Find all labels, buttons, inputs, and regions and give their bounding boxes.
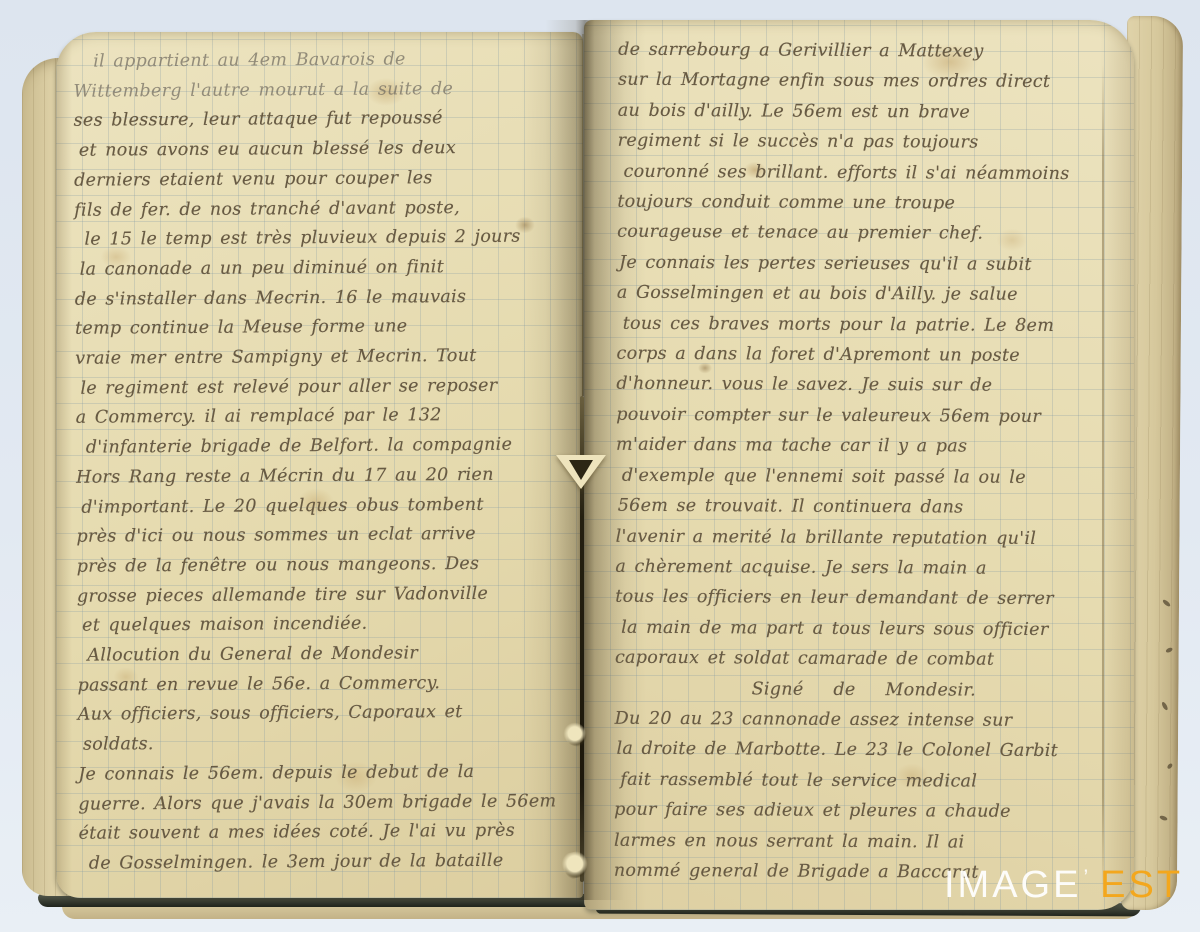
handwriting-line: la droite de Marbotte. Le 23 le Colonel …: [614, 734, 1112, 767]
handwriting-line: la canonade a un peu diminué on finit: [75, 252, 569, 285]
handwriting-line: Du 20 au 23 cannonade assez intense sur: [615, 704, 1113, 737]
watermark-est-text: EST: [1100, 864, 1183, 906]
ink-mark: [1159, 815, 1168, 822]
handwriting-line: il appartient au 4em Bavarois de: [73, 44, 567, 77]
handwriting-line: soldats.: [78, 727, 572, 760]
handwriting-line: le regiment est relevé pour aller se rep…: [75, 371, 569, 404]
handwriting-line: courageuse et tenace au premier chef.: [617, 217, 1115, 250]
handwriting-line: a Commercy. il ai remplacé par le 132: [76, 401, 570, 434]
fold-line-upper: [582, 34, 584, 396]
handwriting-line: était souvent a mes idées coté. Je l'ai …: [78, 817, 572, 850]
handwriting-line: le 15 le temp est très pluvieux depuis 2…: [74, 223, 568, 256]
imagest-watermark: IMAGE’EST: [944, 864, 1183, 907]
handwriting-line: pour faire ses adieux et pleures a chaud…: [614, 795, 1112, 828]
handwriting-line: près de la fenêtre ou nous mangeons. Des: [77, 549, 571, 582]
ink-mark: [1166, 763, 1173, 770]
handwriting-line: la main de ma part a tous leurs sous off…: [615, 612, 1113, 645]
ink-mark: [1161, 701, 1169, 711]
handwriting-line: Wittemberg l'autre mourut a la suite de: [73, 74, 567, 107]
handwriting-line: d'infanterie brigade de Belfort. la comp…: [76, 430, 570, 463]
handwriting-line: pouvoir compter sur le valeureux 56em po…: [616, 400, 1114, 433]
handwriting-line: vraie mer entre Sampigny et Mecrin. Tout: [75, 341, 569, 374]
handwriting-line: tous ces braves morts pour la patrie. Le…: [617, 308, 1115, 341]
handwriting-line: Allocution du General de Mondesir: [77, 638, 571, 671]
handwriting-line: d'important. Le 20 quelques obus tombent: [76, 490, 570, 523]
handwriting-line: passant en revue le 56e. a Commercy.: [77, 668, 571, 701]
left-page-handwriting: il appartient au 4em Bavarois deWittembe…: [73, 44, 573, 879]
handwriting-line: a Gosselmingen et au bois d'Ailly. je sa…: [617, 278, 1115, 311]
handwriting-line: regiment si le succès n'a pas toujours: [618, 126, 1116, 159]
handwriting-line: ses blessure, leur attaque fut repoussé: [74, 104, 568, 137]
handwriting-line: 56em se trouvait. Il continuera dans: [616, 491, 1114, 524]
ink-mark: [1162, 599, 1171, 608]
handwriting-line: de s'installer dans Mecrin. 16 le mauvai…: [75, 282, 569, 315]
handwriting-line: de Gosselmingen. le 3em jour de la batai…: [79, 846, 573, 879]
handwriting-line: l'avenir a merité la brillante reputatio…: [616, 521, 1114, 554]
handwriting-line: Hors Rang reste a Mécrin du 17 au 20 rie…: [76, 460, 570, 493]
handwriting-line: a chèrement acquise. Je sers la main a: [615, 552, 1113, 585]
ink-mark: [1165, 647, 1173, 654]
handwriting-line: couronné ses brillant. efforts il s'ai n…: [617, 156, 1115, 189]
handwriting-line: près d'ici ou nous sommes un eclat arriv…: [76, 520, 570, 553]
handwriting-line: fils de fer. de nos tranché d'avant post…: [74, 193, 568, 226]
right-page-handwriting: de sarrebourg a Gerivillier a Mattexeysu…: [614, 35, 1116, 889]
handwriting-line: temp continue la Meuse forme une: [75, 312, 569, 345]
watermark-image-text: IMAGE: [944, 864, 1081, 906]
handwriting-line: de sarrebourg a Gerivillier a Mattexey: [618, 35, 1116, 68]
stitch-notch-shadow: [569, 460, 593, 480]
handwriting-line: grosse pieces allemande tire sur Vadonvi…: [77, 579, 571, 612]
handwriting-line: Je connais le 56em. depuis le debut de l…: [78, 757, 572, 790]
handwriting-line: sur la Mortagne enfin sous mes ordres di…: [618, 65, 1116, 98]
handwriting-line: derniers etaient venu pour couper les: [74, 163, 568, 196]
handwriting-line: caporaux et soldat camarade de combat: [615, 643, 1113, 676]
handwriting-line: et nous avons eu aucun blessé les deux: [74, 133, 568, 166]
handwriting-line: corps a dans la foret d'Apremont un post…: [616, 339, 1114, 372]
handwriting-line: et quelques maison incendiée.: [77, 609, 571, 642]
handwriting-line: larmes en nous serrant la main. Il ai: [614, 825, 1112, 858]
handwriting-line: au bois d'ailly. Le 56em est un brave: [618, 96, 1116, 129]
handwriting-line: m'aider dans ma tache car il y a pas: [616, 430, 1114, 463]
handwriting-line: Signé de Mondesir.: [615, 673, 1113, 706]
watermark-apostrophe: ’: [1083, 866, 1091, 889]
handwriting-line: guerre. Alors que j'avais la 30em brigad…: [78, 787, 572, 820]
handwriting-line: fait rassemblé tout le service medical: [614, 764, 1112, 797]
notebook-scan: il appartient au 4em Bavarois deWittembe…: [0, 0, 1200, 932]
handwriting-line: tous les officiers en leur demandant de …: [615, 582, 1113, 615]
handwriting-line: d'honneur. vous le savez. Je suis sur de: [616, 369, 1114, 402]
handwriting-line: Aux officiers, sous officiers, Caporaux …: [78, 698, 572, 731]
handwriting-line: Je connais les pertes serieuses qu'il a …: [617, 248, 1115, 281]
handwriting-line: d'exemple que l'ennemi soit passé la ou …: [616, 460, 1114, 493]
handwriting-line: toujours conduit comme une troupe: [617, 187, 1115, 220]
